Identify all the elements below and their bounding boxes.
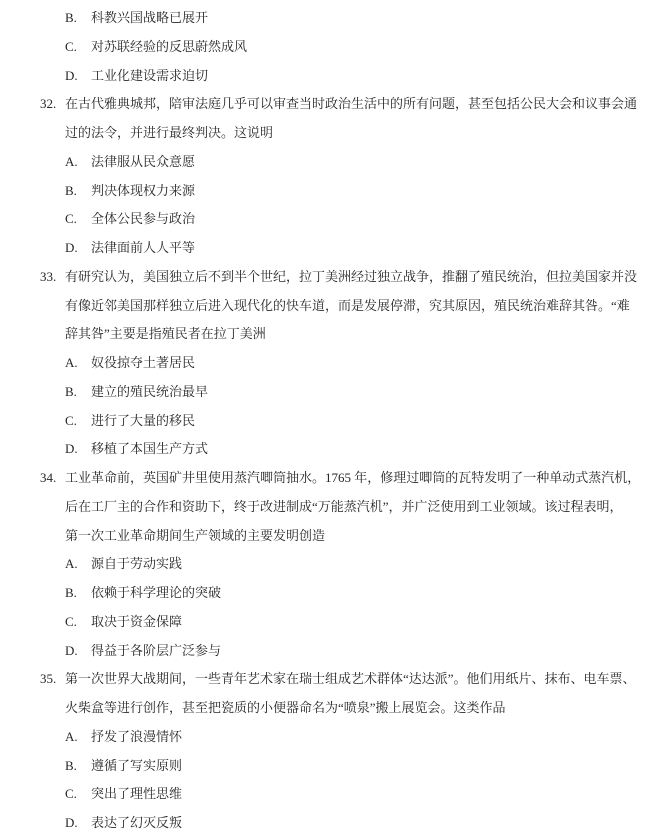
question-number: 32. — [40, 90, 65, 119]
question-stem-row: 辞其咎”主要是指殖民者在拉丁美洲 — [0, 320, 650, 349]
exam-page: B.科教兴国战略已展开 C.对苏联经验的反思蔚然成风 D.工业化建设需求迫切 3… — [0, 0, 650, 838]
option-row: D.得益于各阶层广泛参与 — [0, 637, 650, 666]
option-text: 依赖于科学理论的突破 — [91, 585, 221, 600]
option-label: B. — [65, 378, 91, 407]
question-stem-line: 在古代雅典城邦，陪审法庭几乎可以审查当时政治生活中的所有问题，甚至包括公民大会和… — [65, 96, 637, 111]
option-text: 突出了理性思维 — [91, 786, 182, 801]
option-row: C.突出了理性思维 — [0, 780, 650, 809]
question-stem-line: 有像近邻美国那样独立后进入现代化的快车道，而是发展停滞，究其原因，殖民统治难辞其… — [65, 298, 630, 313]
question-number: 33. — [40, 263, 65, 292]
option-row: C.进行了大量的移民 — [0, 407, 650, 436]
question-block-35: 35.第一次世界大战期间，一些青年艺术家在瑞士组成艺术群体“达达派”。他们用纸片… — [0, 665, 650, 838]
prev-option-row-b: B.科教兴国战略已展开 — [0, 4, 650, 33]
option-label: C. — [65, 33, 91, 62]
option-label: C. — [65, 608, 91, 637]
option-row: A.法律服从民众意愿 — [0, 148, 650, 177]
option-row: B.判决体现权力来源 — [0, 177, 650, 206]
option-text: 对苏联经验的反思蔚然成风 — [91, 39, 247, 54]
question-stem-row: 有像近邻美国那样独立后进入现代化的快车道，而是发展停滞，究其原因，殖民统治难辞其… — [0, 292, 650, 321]
question-stem-line: 过的法令，并进行最终判决。这说明 — [65, 125, 273, 140]
option-text: 取决于资金保障 — [91, 614, 182, 629]
option-text: 法律面前人人平等 — [91, 240, 195, 255]
option-text: 判决体现权力来源 — [91, 183, 195, 198]
question-stem-line: 辞其咎”主要是指殖民者在拉丁美洲 — [65, 326, 266, 341]
question-stem-row: 过的法令，并进行最终判决。这说明 — [0, 119, 650, 148]
question-number: 34. — [40, 464, 65, 493]
option-label: C. — [65, 407, 91, 436]
prev-option-row-c: C.对苏联经验的反思蔚然成风 — [0, 33, 650, 62]
option-label: B. — [65, 177, 91, 206]
question-stem-line: 有研究认为，美国独立后不到半个世纪，拉丁美洲经过独立战争，推翻了殖民统治，但拉美… — [65, 269, 637, 284]
option-label: A. — [65, 550, 91, 579]
question-block-33: 33.有研究认为，美国独立后不到半个世纪，拉丁美洲经过独立战争，推翻了殖民统治，… — [0, 263, 650, 464]
option-label: D. — [65, 234, 91, 263]
option-label: A. — [65, 148, 91, 177]
question-stem-line: 第一次工业革命期间生产领域的主要发明创造 — [65, 528, 325, 543]
option-text: 源自于劳动实践 — [91, 556, 182, 571]
option-text: 移植了本国生产方式 — [91, 441, 208, 456]
question-stem-row: 第一次工业革命期间生产领域的主要发明创造 — [0, 522, 650, 551]
option-text: 遵循了写实原则 — [91, 758, 182, 773]
option-row: D.表达了幻灭反叛 — [0, 809, 650, 838]
option-text: 进行了大量的移民 — [91, 413, 195, 428]
question-stem-row: 34.工业革命前，英国矿井里使用蒸汽唧筒抽水。1765 年，修理过唧筒的瓦特发明… — [0, 464, 650, 493]
option-label: A. — [65, 723, 91, 752]
question-stem-row: 后在工厂主的合作和资助下，终于改进制成“万能蒸汽机”，并广泛使用到工业领域。该过… — [0, 493, 650, 522]
option-row: B.依赖于科学理论的突破 — [0, 579, 650, 608]
option-row: A.源自于劳动实践 — [0, 550, 650, 579]
question-stem-row: 33.有研究认为，美国独立后不到半个世纪，拉丁美洲经过独立战争，推翻了殖民统治，… — [0, 263, 650, 292]
question-block-32: 32.在古代雅典城邦，陪审法庭几乎可以审查当时政治生活中的所有问题，甚至包括公民… — [0, 90, 650, 263]
option-text: 科教兴国战略已展开 — [91, 10, 208, 25]
option-row: C.全体公民参与政治 — [0, 205, 650, 234]
option-label: D. — [65, 637, 91, 666]
option-label: D. — [65, 435, 91, 464]
option-row: B.建立的殖民统治最早 — [0, 378, 650, 407]
option-row: D.法律面前人人平等 — [0, 234, 650, 263]
option-text: 奴役掠夺土著居民 — [91, 355, 195, 370]
option-text: 全体公民参与政治 — [91, 211, 195, 226]
option-text: 建立的殖民统治最早 — [91, 384, 208, 399]
question-number: 35. — [40, 665, 65, 694]
option-text: 得益于各阶层广泛参与 — [91, 643, 221, 658]
option-label: B. — [65, 4, 91, 33]
question-stem-row: 32.在古代雅典城邦，陪审法庭几乎可以审查当时政治生活中的所有问题，甚至包括公民… — [0, 90, 650, 119]
prev-option-row-d: D.工业化建设需求迫切 — [0, 62, 650, 91]
option-label: C. — [65, 205, 91, 234]
question-stem-line: 工业革命前，英国矿井里使用蒸汽唧筒抽水。1765 年，修理过唧筒的瓦特发明了一种… — [65, 470, 640, 485]
question-stem-line: 火柴盒等进行创作，甚至把瓷质的小便器命名为“喷泉”搬上展览会。这类作品 — [65, 700, 506, 715]
option-text: 抒发了浪漫情怀 — [91, 729, 182, 744]
option-row: C.取决于资金保障 — [0, 608, 650, 637]
question-block-34: 34.工业革命前，英国矿井里使用蒸汽唧筒抽水。1765 年，修理过唧筒的瓦特发明… — [0, 464, 650, 665]
option-label: D. — [65, 62, 91, 91]
question-stem-row: 35.第一次世界大战期间，一些青年艺术家在瑞士组成艺术群体“达达派”。他们用纸片… — [0, 665, 650, 694]
option-label: B. — [65, 752, 91, 781]
option-label: B. — [65, 579, 91, 608]
option-row: A.奴役掠夺土著居民 — [0, 349, 650, 378]
option-row: B.遵循了写实原则 — [0, 752, 650, 781]
option-text: 表达了幻灭反叛 — [91, 815, 182, 830]
option-label: D. — [65, 809, 91, 838]
question-stem-row: 火柴盒等进行创作，甚至把瓷质的小便器命名为“喷泉”搬上展览会。这类作品 — [0, 694, 650, 723]
question-stem-line: 第一次世界大战期间，一些青年艺术家在瑞士组成艺术群体“达达派”。他们用纸片、抹布… — [65, 671, 636, 686]
option-label: C. — [65, 780, 91, 809]
option-row: D.移植了本国生产方式 — [0, 435, 650, 464]
question-stem-line: 后在工厂主的合作和资助下，终于改进制成“万能蒸汽机”，并广泛使用到工业领域。该过… — [65, 499, 623, 514]
option-text: 法律服从民众意愿 — [91, 154, 195, 169]
option-row: A.抒发了浪漫情怀 — [0, 723, 650, 752]
option-text: 工业化建设需求迫切 — [91, 68, 208, 83]
option-label: A. — [65, 349, 91, 378]
